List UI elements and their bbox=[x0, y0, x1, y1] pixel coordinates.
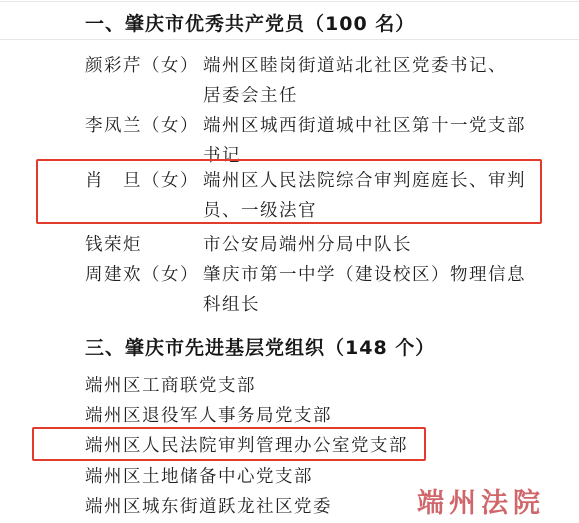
entry-title-line: 端州区城西街道城中社区第十一党支部 bbox=[203, 116, 526, 136]
section2-heading: 三、肇庆市先进基层党组织（148 个） bbox=[85, 336, 435, 360]
section1-heading: 一、肇庆市优秀共产党员（100 名） bbox=[85, 12, 415, 36]
entry-title-line: 居委会主任 bbox=[203, 86, 298, 106]
entry-name: 李凤兰（女） bbox=[85, 116, 199, 136]
entry-name: 周建欢（女） bbox=[85, 265, 199, 285]
entry-title-line: 肇庆市第一中学（建设校区）物理信息 bbox=[203, 265, 526, 285]
entry-title-line: 端州区人民法院综合审判庭庭长、审判 bbox=[203, 171, 526, 191]
document-page: 一、肇庆市优秀共产党员（100 名） 颜彩芹（女） 端州区睦岗街道站北社区党委书… bbox=[0, 0, 579, 523]
entry-title-line: 科组长 bbox=[203, 295, 260, 315]
divider-top bbox=[0, 1, 579, 2]
divider-below-heading bbox=[0, 39, 579, 40]
org-list-item: 端州区人民法院审判管理办公室党支部 bbox=[85, 436, 408, 456]
org-list-item: 端州区退役军人事务局党支部 bbox=[85, 406, 332, 426]
entry-name: 颜彩芹（女） bbox=[85, 56, 199, 76]
watermark-court-logo: 端州法院 bbox=[417, 489, 545, 519]
entry-title-line: 端州区睦岗街道站北社区党委书记、 bbox=[203, 56, 507, 76]
org-list-item: 端州区城东街道跃龙社区党委 bbox=[85, 497, 332, 517]
org-list-item: 端州区土地储备中心党支部 bbox=[85, 467, 313, 487]
entry-name: 肖 旦（女） bbox=[85, 171, 199, 191]
org-list-item: 端州区工商联党支部 bbox=[85, 376, 256, 396]
entry-title-line: 市公安局端州分局中队长 bbox=[203, 235, 412, 255]
entry-name: 钱荣炬 bbox=[85, 235, 142, 255]
entry-title-line: 员、一级法官 bbox=[203, 201, 317, 221]
